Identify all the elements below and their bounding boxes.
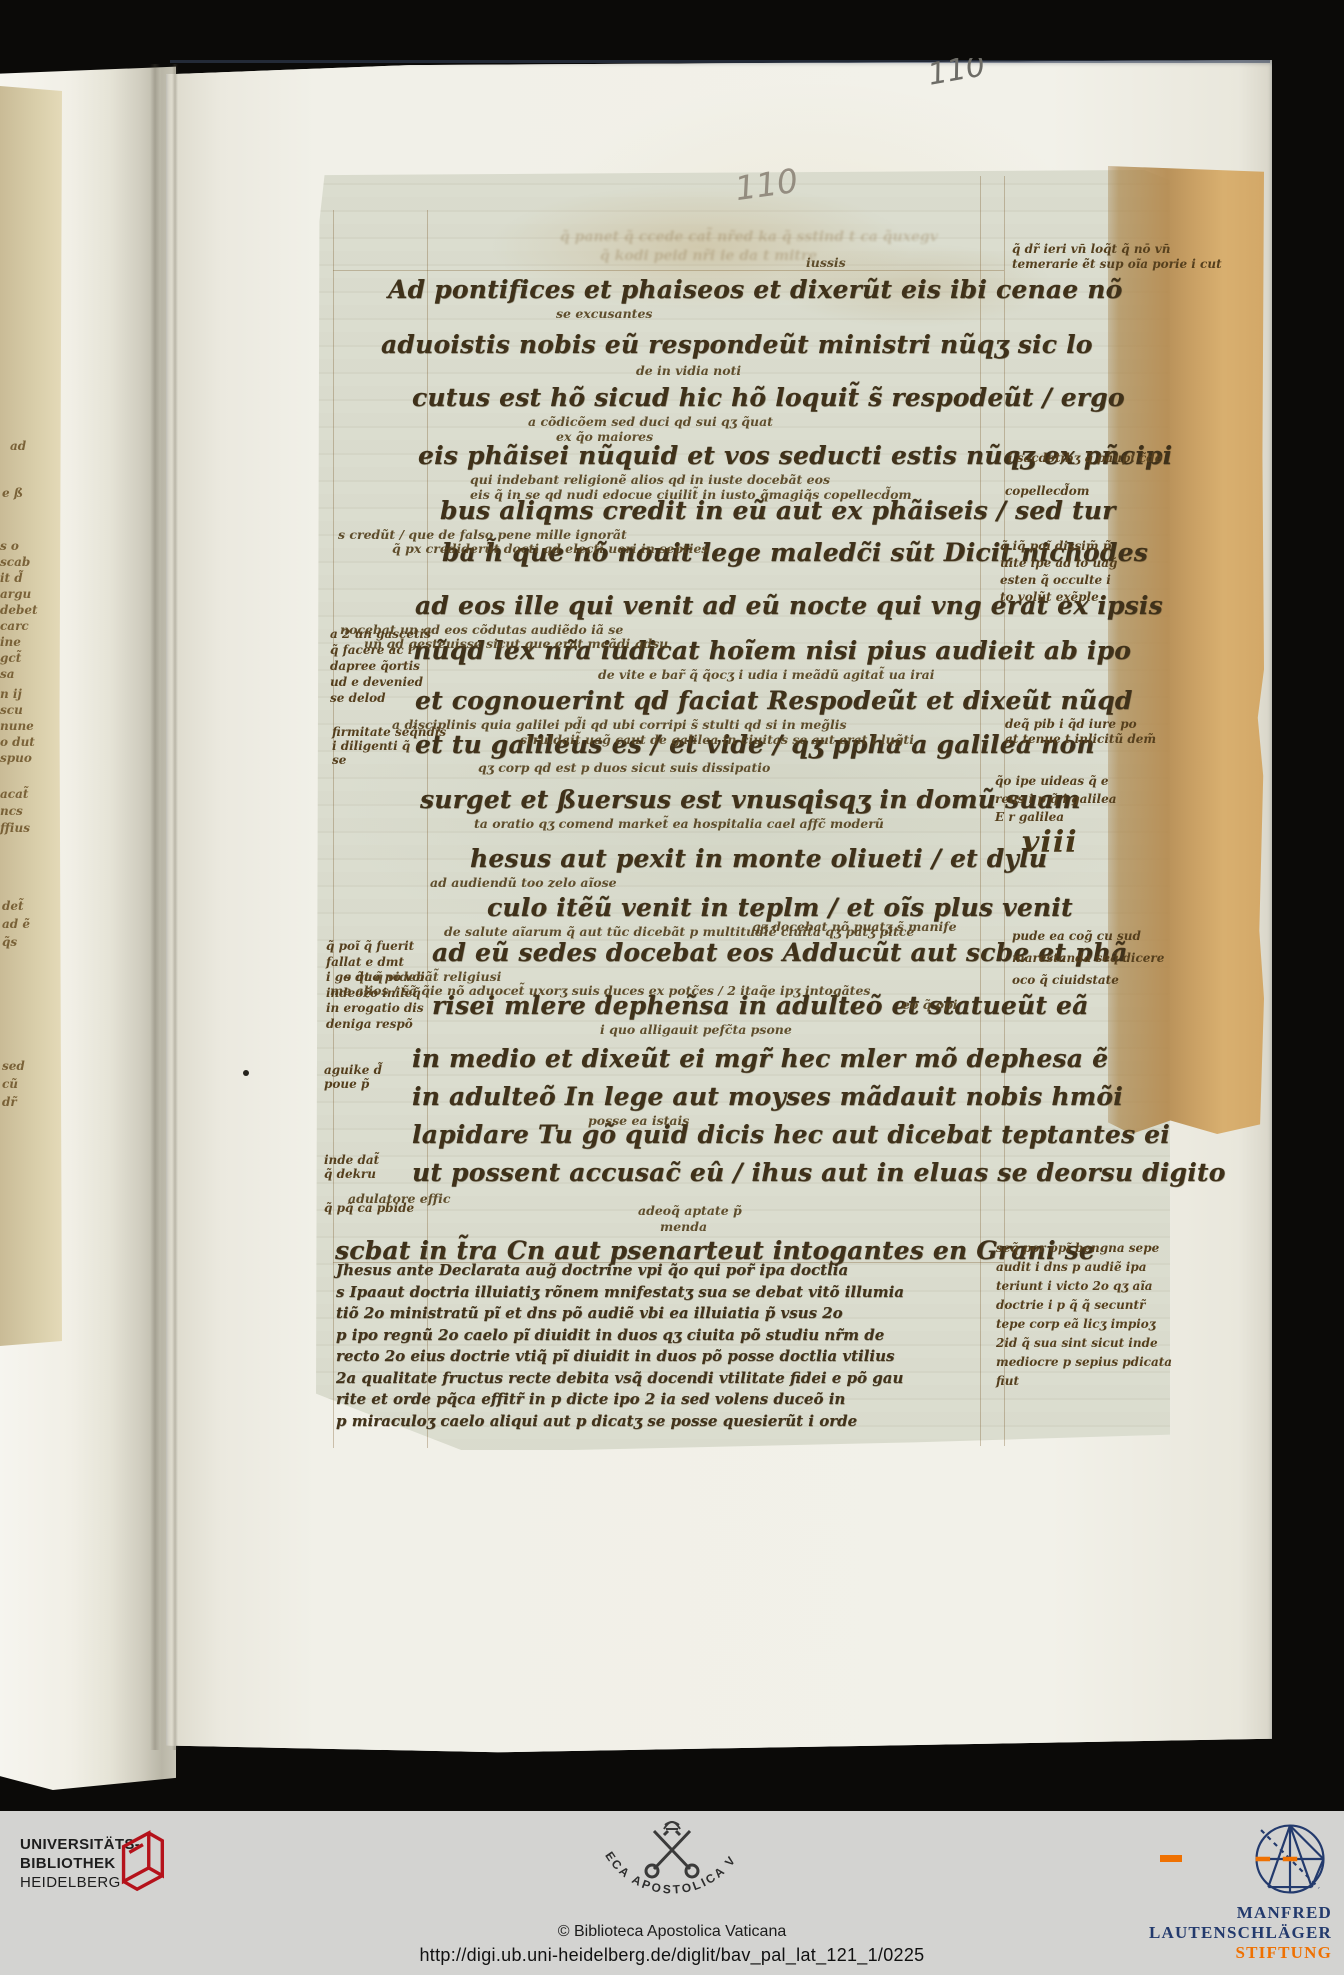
interlinear-gloss: eo q̃ opi: [902, 999, 958, 1012]
commentary-line-line: p miraculoʒ caelo aliqui aut p dicatʒ se…: [336, 1414, 904, 1436]
right-margin-note-line: to volũt exẽple: [1000, 591, 1117, 608]
right-margin-note: pude ea cog̃ cu sudmarestanda seq̃ dicer…: [1012, 930, 1164, 996]
left-margin-note: q̃ poĩ q̃ fueritfallat e dmti go duo po …: [326, 940, 425, 1033]
interlinear-gloss: ex q̃o maiores: [556, 431, 653, 444]
previous-leaf-fragment-line: dr̃: [2, 1096, 25, 1114]
previous-leaf-fragment-line: o dut: [0, 736, 35, 752]
right-margin-note-line: mediocre p sepius pdicata: [996, 1356, 1172, 1375]
left-margin-note-line: in erogatio dis: [326, 1002, 425, 1018]
previous-leaf-fragment-line: ad ẽ: [2, 918, 30, 936]
previous-leaf-fragment-line: sa: [0, 668, 38, 684]
left-margin-note: firmitate seq̃ndisi diligenti q̃se: [332, 726, 446, 768]
commentary-line-line: p ipo regnũ 2o caelo pĩ diuidit in duos …: [336, 1328, 904, 1350]
right-margin-note-line: fiut: [996, 1375, 1172, 1394]
right-margin-note: seq̃ por opĩ bengna sepeaudit i dns p au…: [996, 1242, 1172, 1394]
left-margin-note-line: inde dat̃: [324, 1154, 379, 1168]
university-library-logo-icon: [110, 1825, 172, 1903]
previous-leaf-fragment-line: spuo: [0, 752, 35, 768]
left-margin-note-line: i diligenti q̃: [332, 740, 446, 754]
vatican-library-emblem-icon: BIBLIOTECA APOSTOLICA VATICANA: [584, 1817, 760, 1921]
foundation-line: MANFRED: [1149, 1903, 1332, 1923]
interlinear-gloss: s credũt / que de falso pene mille ignor…: [338, 529, 627, 542]
left-margin-note: aguike d̃poue p̃: [324, 1064, 382, 1092]
right-margin-note: copellecd̃om: [1005, 485, 1090, 501]
left-margin-note: a 2 un gascetisq̃ facere ac idapree q̃or…: [330, 628, 431, 708]
commentary-line-line: s Ipaaut doctria illuiatiʒ rõnem mnifest…: [336, 1285, 904, 1307]
previous-leaf-fragment-line: scab: [0, 556, 38, 572]
interlinear-gloss: posse ea istais: [588, 1115, 689, 1128]
right-margin-note-line: esten q̃ occulte i: [1000, 574, 1117, 591]
foundation-dash-mark: [1160, 1855, 1182, 1862]
manuscript-text-line: ut possent accusac̃ eû / ihus aut in elu…: [412, 1160, 1226, 1185]
left-margin-note-line: ud e devenied: [330, 676, 431, 692]
left-margin-note-line: q̃ dekru: [324, 1168, 379, 1182]
left-margin-note-line: q̃ poĩ q̃ fuerit: [326, 940, 425, 956]
right-margin-note-line: temerarie ẽt sup oĩa porie i cut: [1012, 258, 1222, 273]
previous-leaf-fragment-line: ad: [10, 440, 26, 457]
previous-leaf-fragment: det̃ad ẽq̃s: [2, 900, 30, 954]
manuscript-text-line: et cognouerint qd faciat Respodeũt et di…: [415, 688, 1133, 713]
previous-leaf-fragment-line: debet: [0, 604, 38, 620]
previous-leaf-fragment-line: s o: [0, 540, 38, 556]
left-margin-note-line: aguike d̃: [324, 1064, 382, 1078]
interlinear-gloss: qʒ docebat nõ puatʒ s̃ manife: [752, 921, 957, 934]
previous-leaf-fragment-line: ncs: [0, 805, 30, 822]
interlinear-gloss: de in vidia noti: [636, 365, 741, 378]
manuscript-text-line: hesus aut pexit in monte oliueti / et dy…: [470, 846, 1047, 871]
svg-text:BIBLIOTECA APOSTOLICA VATICANA: BIBLIOTECA APOSTOLICA VATICANA: [584, 1817, 739, 1897]
right-margin-note-line: doctrie i p q̃ q̃ secuntr̃: [996, 1299, 1172, 1318]
showthrough-text: q̃ kodi peid nr̃i ie da t mitre: [600, 249, 817, 263]
right-margin-note-line: E r galilea: [995, 811, 1116, 829]
manuscript-text-line: surget et ßuersus est vnusqisqʒ in domũ …: [420, 787, 1081, 812]
right-margin-note-line: reus i p q̃ i galilea: [995, 793, 1116, 811]
left-margin-note-line: q̃ facere ac i: [330, 644, 431, 660]
left-margin-note: inde dat̃q̃ dekru: [324, 1154, 379, 1182]
interlinear-gloss: q̃ px crediderũt docti qd electi ueri in…: [392, 543, 708, 556]
previous-leaf-fragment-line: sed: [2, 1060, 25, 1078]
interlinear-gloss: ad audiendũ too zelo aĩose: [430, 877, 617, 890]
left-margin-note-line: q̃ pq̃ ca pbide: [324, 1202, 414, 1216]
commentary-line: Jhesus ante Declarata aug̃ doctrine vpi …: [336, 1263, 904, 1435]
previous-leaf-fragment: sedcũdr̃: [2, 1060, 25, 1114]
previous-leaf-fragment: n ijscununeo dutspuo: [0, 688, 35, 768]
interlinear-gloss: ta oratio qʒ comend market̃ ea hospitali…: [474, 818, 884, 831]
previous-leaf-fragment-line: scu: [0, 704, 35, 720]
left-margin-note: q̃ pq̃ ca pbide: [324, 1202, 414, 1216]
manuscript-text-layer: 110 110 viii Ad pontifices et phaiseos e…: [0, 0, 1344, 1975]
right-margin-note: deq̃ pib i q̃d iure poat tenue t inlicit…: [1005, 718, 1156, 748]
copyright-line: © Biblioteca Apostolica Vaticana: [0, 1923, 1344, 1941]
previous-leaf-fragment-line: carc: [0, 620, 38, 636]
source-url: http://digi.ub.uni-heidelberg.de/diglit/…: [0, 1945, 1344, 1966]
interlinear-gloss: i quo alligauit pefc̃ta psone: [600, 1024, 792, 1037]
left-margin-note-line: firmitate seq̃ndis: [332, 726, 446, 740]
right-margin-note-line: oco q̃ ciuidstate: [1012, 974, 1164, 996]
interlinear-gloss: a cõdicõem sed duci qd sui qʒ q̃uat: [528, 416, 773, 429]
previous-leaf-fragment: acat̃ncsffius: [0, 788, 30, 839]
manuscript-text-line: Ad pontifices et phaiseos et dixerũt eis…: [388, 277, 1123, 302]
right-margin-note-line: tepe corp eã licʒ impioʒ: [996, 1318, 1172, 1337]
commentary-line-line: rite et orde pq̃ca effitr̃ in p dicte ip…: [336, 1392, 904, 1414]
commentary-line-line: recto 2o eius doctrie vtiq̃ pĩ diuidit i…: [336, 1349, 904, 1371]
right-margin-note-line: i sacdotibʒ q̃ pãupi c̃de: [1008, 452, 1162, 468]
left-margin-note-line: se delod: [330, 692, 431, 708]
showthrough-text: q̃ panet q̃ ccede cat̃ nr̃ed ka q̃ sstin…: [560, 230, 938, 244]
interlinear-gloss: se excusantes: [556, 308, 652, 321]
interlinear-gloss: a disciplinis quia galilei pd̃i qd ubi c…: [392, 719, 847, 732]
pencil-folio-number: 110: [926, 51, 988, 90]
right-margin-note-line: pude ea cog̃ cu sud: [1012, 930, 1164, 952]
right-margin-note-line: q̃ iq̃ poĩ dissim̃ p̃: [1000, 540, 1117, 557]
previous-leaf-fragment-line: cũ: [2, 1078, 25, 1096]
left-margin-note-line: fallat e dmt: [326, 956, 425, 972]
left-margin-note-line: poue p̃: [324, 1078, 382, 1092]
manuscript-text-line: cutus est hõ sicud hic hõ loquit̃ s̃ res…: [412, 385, 1125, 410]
foundation-line: LAUTENSCHLÄGER: [1149, 1923, 1332, 1943]
interlinear-gloss: adeoq̃ aptate p̃: [638, 1205, 742, 1218]
previous-leaf-fragment-line: e ß: [2, 487, 23, 504]
right-margin-note: q̃ iq̃ poĩ dissim̃ p̃uite ipe ad lo uag̃…: [1000, 540, 1117, 608]
previous-leaf-fragment: e ß: [2, 487, 23, 504]
manuscript-text-line: in medio et dixeũt ei mgr̃ hec mler mõ d…: [412, 1046, 1108, 1071]
right-margin-note: i sacdotibʒ q̃ pãupi c̃de: [1008, 452, 1162, 468]
right-margin-note-line: uite ipe ad lo uag̃: [1000, 557, 1117, 574]
previous-leaf-fragment-line: ffius: [0, 822, 30, 839]
previous-leaf-fragment-line: acat̃: [0, 788, 30, 805]
commentary-line-line: tiõ 2o ministratũ pĩ et dns põ audiẽ vbi…: [336, 1306, 904, 1328]
foundation-globe-logo-icon: [1252, 1821, 1328, 1897]
left-margin-note-line: i go duo po voi: [326, 971, 425, 987]
right-margin-note-line: at tenue t inlicitũ dem̃: [1005, 733, 1156, 748]
right-margin-note-line: q̃o ipe uideas q̃ e: [995, 775, 1116, 793]
previous-leaf-fragment: ad: [10, 440, 26, 457]
manuscript-text-line: in adulteõ In lege aut moyses mãdauit no…: [412, 1084, 1123, 1109]
interlinear-gloss: de vite e bar̃ q̃ q̃ocʒ i udia i meãdũ a…: [598, 669, 934, 682]
commentary-line-line: Jhesus ante Declarata aug̃ doctrine vpi …: [336, 1263, 904, 1285]
interlinear-gloss: eis q̃ in se qd nudi edocue ciuilit̃ in …: [470, 489, 912, 502]
right-margin-note-line: q̃ dr̃ ieri vn̄ loq̃t q̃ nō vn̄: [1012, 243, 1222, 258]
previous-leaf-fragment-line: nune: [0, 720, 35, 736]
interlinear-gloss: qʒ corp qd est p duos sicut suis dissipa…: [478, 762, 770, 775]
interlinear-gloss: qui indebant religionẽ alios qd in iuste…: [470, 474, 830, 487]
previous-leaf-fragment: s oscabit d̃argudebetcarcinegct̃sa: [0, 540, 38, 684]
previous-leaf-fragment-line: det̃: [2, 900, 30, 918]
interlinear-gloss: struidait̃ uag̃ caut de galilea in ciuit…: [520, 734, 914, 747]
right-margin-note: q̃o ipe uideas q̃ ereus i p q̃ i galilea…: [995, 775, 1116, 829]
scanned-manuscript-page: 110 110 viii Ad pontifices et phaiseos e…: [0, 0, 1344, 1975]
manuscript-text-line: lapidare Tu gõ quid dicis hec aut diceba…: [412, 1122, 1170, 1147]
manuscript-text-line: scbat in t̃ra Cn aut psenarteut intogant…: [335, 1238, 1095, 1263]
pencil-folio-number-leaf: 110: [733, 164, 800, 205]
interlinear-gloss: menda: [660, 1221, 707, 1234]
previous-leaf-fragment-line: it d̃: [0, 572, 38, 588]
previous-leaf-fragment-line: n ij: [0, 688, 35, 704]
left-margin-note-line: a 2 un gascetis: [330, 628, 431, 644]
previous-leaf-fragment-line: q̃s: [2, 936, 30, 954]
right-margin-note: q̃ dr̃ ieri vn̄ loq̃t q̃ nō vn̄temerarie…: [1012, 243, 1222, 273]
previous-leaf-fragment-line: ine: [0, 636, 38, 652]
right-margin-note-line: deq̃ pib i q̃d iure po: [1005, 718, 1156, 733]
right-margin-note-line: marestanda seq̃ dicere: [1012, 952, 1164, 974]
left-margin-note-line: dapree q̃ortis: [330, 660, 431, 676]
right-margin-note-line: teriunt i victo 2o qʒ aĩa: [996, 1280, 1172, 1299]
manuscript-text-line: culo itẽũ venit in teplm / et oĩs plus v…: [487, 895, 1073, 920]
right-margin-note-line: 2id q̃ sua sint sicut inde: [996, 1337, 1172, 1356]
right-margin-note-line: copellecd̃om: [1005, 485, 1090, 501]
right-margin-note-line: audit i dns p audiẽ ipa: [996, 1261, 1172, 1280]
previous-leaf-fragment-line: gct̃: [0, 652, 38, 668]
commentary-line-line: 2a qualitate fructus recte debita vsq̃ d…: [336, 1371, 904, 1393]
manuscript-text-line: aduoistis nobis eũ respondeũt ministri n…: [381, 332, 1093, 357]
left-margin-note-line: indeoz̃o inileq̃: [326, 987, 425, 1003]
footer-caption-bar: UNIVERSITÄTS- BIBLIOTHEK HEIDELBERG: [0, 1811, 1344, 1975]
previous-leaf-fragment-line: argu: [0, 588, 38, 604]
foundation-line: STIFTUNG: [1149, 1943, 1332, 1963]
left-margin-note-line: deniga respõ: [326, 1018, 425, 1034]
foundation-name: MANFRED LAUTENSCHLÄGER STIFTUNG: [1149, 1903, 1332, 1963]
right-margin-note-line: seq̃ por opĩ bengna sepe: [996, 1242, 1172, 1261]
left-margin-note-line: se: [332, 754, 446, 768]
